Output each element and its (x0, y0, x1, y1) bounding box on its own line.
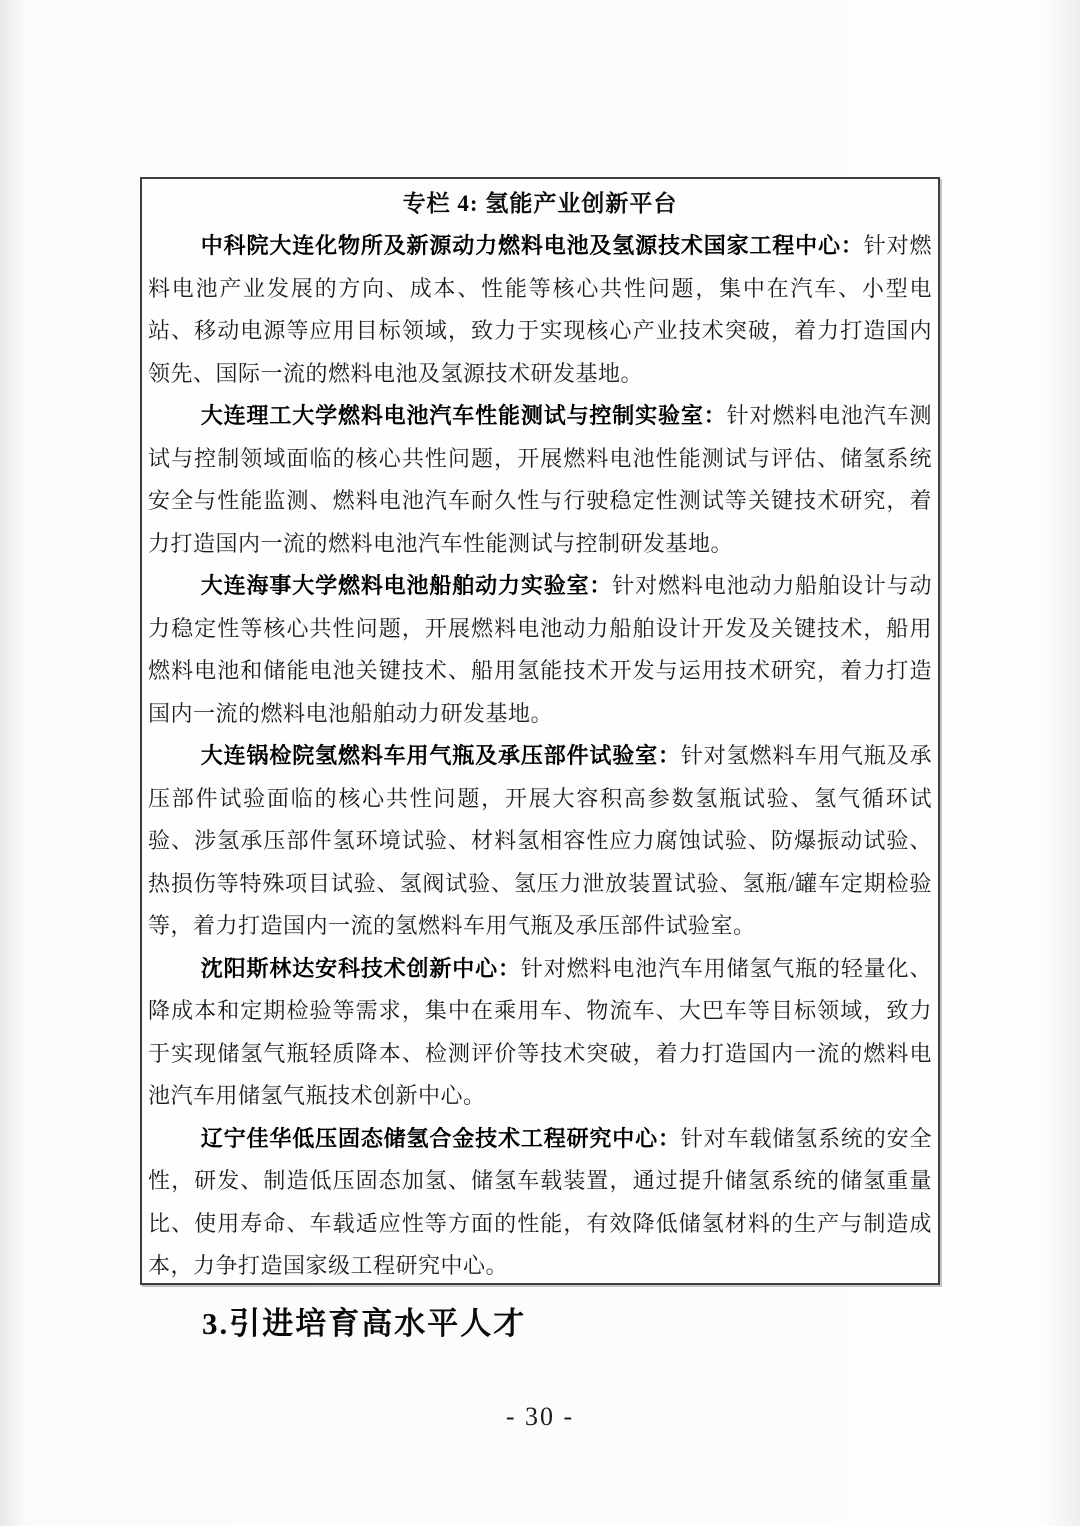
callout-paragraph: 大连锅检院氢燃料车用气瓶及承压部件试验室：针对氢燃料车用气瓶及承压部件试验面临的… (148, 735, 932, 948)
callout-paragraph: 辽宁佳华低压固态储氢合金技术工程研究中心：针对车载储氢系统的安全性，研发、制造低… (148, 1118, 932, 1286)
paragraph-lead-institution: 中科院大连化物所及新源动力燃料电池及氢源技术国家工程中心： (201, 233, 864, 258)
paragraph-lead-institution: 辽宁佳华低压固态储氢合金技术工程研究中心： (201, 1126, 681, 1151)
page-number: - 30 - (0, 1402, 1080, 1432)
callout-box-paragraphs: 中科院大连化物所及新源动力燃料电池及氢源技术国家工程中心：针对燃料电池产业发展的… (148, 225, 932, 1285)
callout-paragraph: 中科院大连化物所及新源动力燃料电池及氢源技术国家工程中心：针对燃料电池产业发展的… (148, 225, 932, 395)
callout-paragraph: 大连理工大学燃料电池汽车性能测试与控制实验室：针对燃料电池汽车测试与控制领域面临… (148, 395, 932, 565)
paragraph-lead-institution: 大连海事大学燃料电池船舶动力实验室： (201, 573, 613, 598)
callout-paragraph: 大连海事大学燃料电池船舶动力实验室：针对燃料电池动力船舶设计与动力稳定性等核心共… (148, 565, 932, 735)
paragraph-body: 针对氢燃料车用气瓶及承压部件试验面临的核心共性问题，开展大容积高参数氢瓶试验、氢… (148, 743, 932, 938)
callout-box-column-4: 专栏 4: 氢能产业创新平台 中科院大连化物所及新源动力燃料电池及氢源技术国家工… (140, 177, 940, 1285)
paragraph-lead-institution: 沈阳斯林达安科技术创新中心： (201, 956, 521, 981)
callout-box-title: 专栏 4: 氢能产业创新平台 (148, 183, 932, 225)
paragraph-lead-institution: 大连理工大学燃料电池汽车性能测试与控制实验室： (201, 403, 727, 428)
callout-paragraph: 沈阳斯林达安科技术创新中心：针对燃料电池汽车用储氢气瓶的轻量化、降成本和定期检验… (148, 948, 932, 1118)
section-heading: 3.引进培育高水平人才 (202, 1298, 526, 1343)
paragraph-lead-institution: 大连锅检院氢燃料车用气瓶及承压部件试验室： (201, 743, 681, 768)
document-page: { "box": { "title": "专栏 4: 氢能产业创新平台", "p… (0, 0, 1080, 1526)
